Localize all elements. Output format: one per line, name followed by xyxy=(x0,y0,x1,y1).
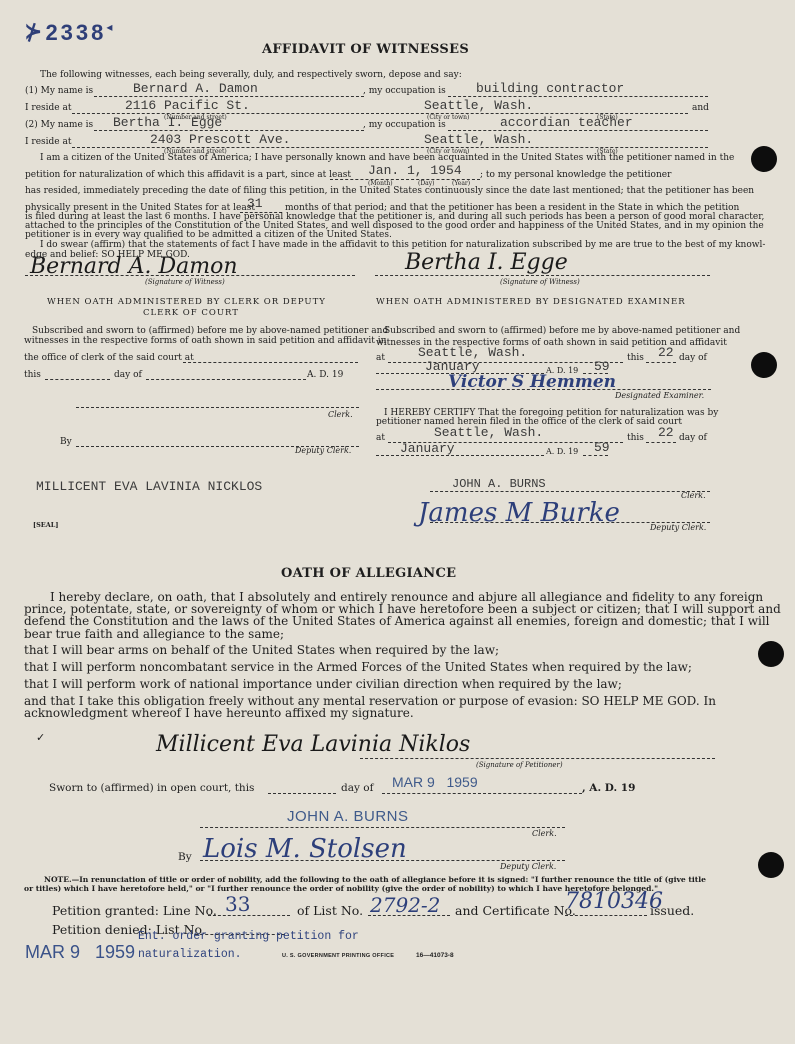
intro-text: The following witnesses, each being seve… xyxy=(40,70,462,80)
sworn-day-of-label: day of xyxy=(341,782,373,794)
entry-order-line-2: naturalization. xyxy=(138,948,242,961)
clerk-name: JOHN A. BURNS xyxy=(452,477,546,491)
examiner-day: 22 xyxy=(658,345,674,360)
sworn-label: Sworn to (affirmed) in open court, this xyxy=(49,782,254,794)
certify-year: 59 xyxy=(594,440,610,455)
oath-deputy-line xyxy=(200,860,565,861)
oath-para-line-4: bear true faith and allegiance to the sa… xyxy=(24,628,284,641)
clerk-label: Clerk. xyxy=(328,410,353,419)
certify-this-label: this xyxy=(627,433,644,443)
list-no-value: 2792-2 xyxy=(370,893,440,917)
seal-label: [SEAL] xyxy=(33,521,58,529)
issued-label: issued. xyxy=(650,903,694,918)
clerk-ad-label: A. D. 19 xyxy=(307,370,343,380)
witness1-and: and xyxy=(692,103,709,113)
witness2-occupation: accordian teacher xyxy=(500,115,633,130)
clerk-name-line xyxy=(430,491,710,492)
examiner-label: Designated Examiner. xyxy=(615,391,704,400)
certify-day: 22 xyxy=(658,425,674,440)
witness2-signature-line xyxy=(375,275,710,276)
affidavit-body-line-2b: ; to my personal knowledge the petitione… xyxy=(480,170,671,180)
oath-title: OATH OF ALLEGIANCE xyxy=(281,566,456,581)
examiner-signature-line xyxy=(376,389,711,390)
oath-by-label: By xyxy=(178,851,192,863)
clerk-section-heading-1: WHEN OATH ADMINISTERED BY CLERK OR DEPUT… xyxy=(47,297,326,307)
certificate-no-label: and Certificate No. xyxy=(455,903,576,918)
entry-date-stamp: MAR 9 1959 xyxy=(25,942,135,963)
certify-day-of-label: day of xyxy=(679,433,707,443)
clerk-name-label: Clerk. xyxy=(681,491,706,500)
certify-day-line xyxy=(646,442,676,443)
oath-clerk-line xyxy=(200,827,565,828)
petitioner-signature-line xyxy=(360,758,715,759)
binder-hole-3 xyxy=(758,641,784,667)
sworn-date-line xyxy=(382,793,582,794)
sworn-day-line xyxy=(268,793,336,794)
sworn-ad-label: , A. D. 19 xyxy=(582,782,635,794)
examiner-place-line xyxy=(388,362,623,363)
clerk-place-line xyxy=(183,362,358,363)
certificate-no-line xyxy=(565,915,647,916)
oath-deputy-label: Deputy Clerk. xyxy=(500,862,556,871)
witness2-name-line xyxy=(94,130,364,131)
certificate-no-value: 7810346 xyxy=(565,889,663,914)
witness1-signature-line xyxy=(25,275,355,276)
stamp-tick-icon: ◂ xyxy=(106,20,115,34)
months-value: 31 xyxy=(247,196,263,211)
printer-label: U. S. GOVERNMENT PRINTING OFFICE xyxy=(282,953,394,959)
stamp-number: ⊁2338◂ xyxy=(24,20,115,46)
affidavit-body-line-7: petitioner is in every way qualified to … xyxy=(25,230,392,240)
examiner-at-label: at xyxy=(376,353,385,363)
witness2-reside-label: I reside at xyxy=(25,137,71,147)
clerk-month-line xyxy=(146,379,306,380)
petition-granted-label: Petition granted: Line No. xyxy=(52,903,217,918)
binder-hole-2 xyxy=(751,352,777,378)
note-line-1: NOTE.—In renunciation of title or order … xyxy=(44,875,706,884)
examiner-place: Seattle, Wash. xyxy=(418,345,527,360)
witness1-name: Bernard A. Damon xyxy=(133,81,258,96)
witness2-name-label: (2) My name is xyxy=(25,120,93,130)
clerk-section-heading-2: CLERK OF COURT xyxy=(143,308,239,318)
witness1-reside-label: I reside at xyxy=(25,103,71,113)
checkmark-icon: ✓ xyxy=(36,731,45,744)
examiner-p1: Subscribed and sworn to (affirmed) befor… xyxy=(384,326,740,336)
note-line-2: or titles) which I have heretofore held,… xyxy=(24,884,658,893)
oath-line-final-2: acknowledgment whereof I have hereunto a… xyxy=(24,707,414,720)
witness1-street: 2116 Pacific St. xyxy=(125,98,250,113)
clerk-day-line xyxy=(45,379,110,380)
witness2-name: Bertha I. Egge xyxy=(113,115,222,130)
form-number: 16—41073-8 xyxy=(416,952,454,959)
clerk-section-p1: Subscribed and sworn to (affirmed) befor… xyxy=(32,326,388,336)
clerk-section-p3: the office of clerk of the said court at xyxy=(24,353,194,363)
witness2-city: Seattle, Wash. xyxy=(424,132,533,147)
oath-line-work: that I will perform work of national imp… xyxy=(24,678,622,691)
line-no-value: 33 xyxy=(225,892,250,916)
clerk-day-of-label: day of xyxy=(114,370,142,380)
witness1-occupation: building contractor xyxy=(476,81,624,96)
certify-at-label: at xyxy=(376,433,385,443)
witness1-occupation-line xyxy=(448,96,708,97)
witness2-street: 2403 Prescott Ave. xyxy=(150,132,290,147)
witness1-occupation-label: , my occupation is xyxy=(363,86,446,96)
oath-clerk-label: Clerk. xyxy=(532,829,557,838)
examiner-section-heading: WHEN OATH ADMINISTERED BY DESIGNATED EXA… xyxy=(376,297,686,307)
caption-signature-witness-2: (Signature of Witness) xyxy=(500,278,580,286)
examiner-this-label: this xyxy=(627,353,644,363)
since-date: Jan. 1, 1954 xyxy=(368,163,462,178)
certify-year-line xyxy=(583,455,608,456)
deputy-clerk-label: Deputy Clerk. xyxy=(650,523,706,532)
caption-signature-petitioner: (Signature of Petitioner) xyxy=(476,761,563,769)
oath-clerk-stamp: JOHN A. BURNS xyxy=(287,808,409,825)
sworn-date-stamp: MAR 9 1959 xyxy=(392,774,478,790)
clerk-by-label: By xyxy=(60,437,72,447)
witness2-occupation-label: , my occupation is xyxy=(363,120,446,130)
caption-signature-witness-1: (Signature of Witness) xyxy=(145,278,225,286)
stamp-mark-icon: ⊁ xyxy=(24,20,45,45)
deputy-clerk-signature: James M Burke xyxy=(418,498,620,528)
oath-line-noncombatant: that I will perform noncombatant service… xyxy=(24,661,692,674)
clerk-section-p2: witnesses in the respective forms of oat… xyxy=(24,336,386,346)
clerk-this-label: this xyxy=(24,370,41,380)
affidavit-body-line-3: has resided, immediately preceding the d… xyxy=(25,186,754,196)
witness2-occupation-line xyxy=(448,130,708,131)
certify-place: Seattle, Wash. xyxy=(434,425,543,440)
clerk-deputy-label: Deputy Clerk. xyxy=(295,446,351,455)
clerk-signature-line xyxy=(76,407,359,408)
certify-ad-label: A. D. 19 xyxy=(546,447,578,456)
binder-hole-1 xyxy=(751,146,777,172)
affidavit-body-line-8: I do swear (affirm) that the statements … xyxy=(40,240,765,250)
witness1-city: Seattle, Wash. xyxy=(424,98,533,113)
witness1-name-line xyxy=(94,96,364,97)
affidavit-title: AFFIDAVIT OF WITNESSES xyxy=(262,42,469,57)
witness1-name-label: (1) My name is xyxy=(25,86,93,96)
binder-hole-4 xyxy=(758,852,784,878)
entry-order-line-1: Ent. order granting petition for xyxy=(138,930,359,943)
list-no-label: of List No. xyxy=(297,903,363,918)
affidavit-body-line-2a: petition for naturalization of which thi… xyxy=(25,170,351,180)
certify-month: January xyxy=(400,441,455,456)
affidavit-body-line-1: I am a citizen of the United States of A… xyxy=(40,153,734,163)
witness2-signature: Bertha I. Egge xyxy=(405,250,568,275)
petitioner-signature: Millicent Eva Lavinia Niklos xyxy=(156,732,470,757)
examiner-day-of-label: day of xyxy=(679,353,707,363)
petitioner-name: MILLICENT EVA LAVINIA NICKLOS xyxy=(36,479,262,494)
oath-line-arms: that I will bear arms on behalf of the U… xyxy=(24,644,499,657)
examiner-day-line xyxy=(646,362,676,363)
